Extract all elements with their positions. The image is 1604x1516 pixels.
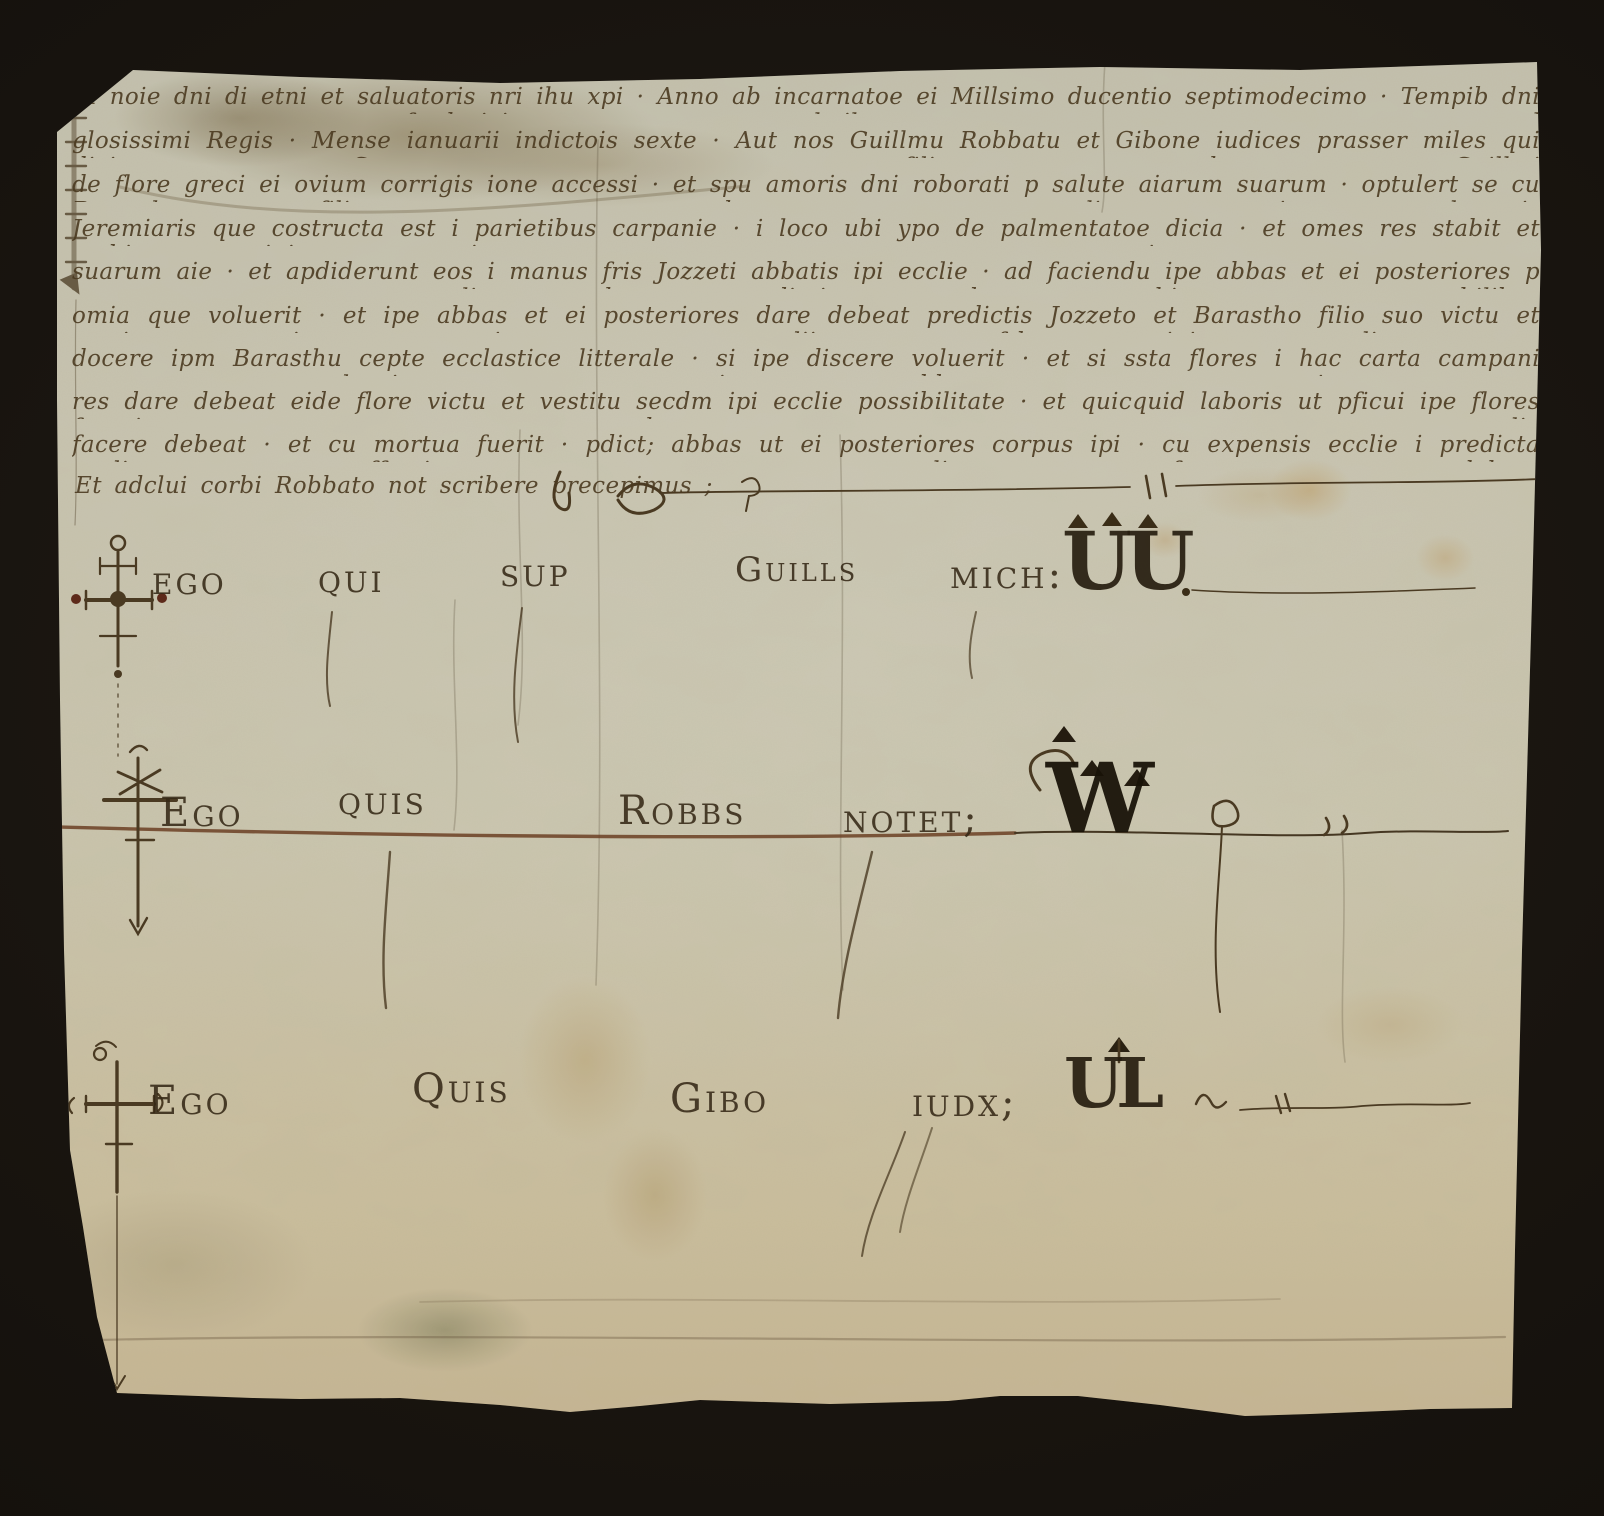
signature-word: Gibo	[670, 1076, 769, 1122]
signature-word: Ego	[148, 1078, 232, 1124]
signature-cross-2-icon	[104, 746, 176, 934]
signature-row-2-line	[60, 827, 1508, 837]
charter-text-line: Jeremiaris que costructa est i parietibu…	[72, 216, 1540, 246]
signature-word: sup	[500, 550, 571, 596]
signature-word: iudx;	[912, 1080, 1018, 1126]
signature-word: Robbs	[618, 788, 746, 834]
charter-text-line: glosissimi Regis · Mense ianuarii indict…	[72, 128, 1540, 158]
signature-word: Quis	[412, 1066, 511, 1112]
signature-word: qui	[318, 556, 385, 602]
notary-monogram: UU	[1062, 514, 1188, 608]
crease-lines	[95, 62, 1505, 1340]
charter-text-line: de flore greci ei ovium corrigis ione ac…	[72, 172, 1540, 202]
signature-word: Guills	[735, 550, 858, 590]
signature-row-1-flourishes	[327, 512, 1475, 742]
notary-monogram: W	[1046, 742, 1147, 855]
charter-text-line: docere ipm Barasthu cepte ecclastice lit…	[72, 346, 1540, 376]
signature-word: Ego	[160, 790, 244, 836]
charter-text-line: omia que voluerit · et ipe abbas et ei p…	[72, 303, 1540, 333]
charter-text-line: facere debeat · et cu mortua fuerit · pd…	[72, 432, 1540, 462]
parchment-sheet: In noie dni di etni et saluatoris nri ih…	[0, 0, 1604, 1516]
signature-row-2-flourishes	[383, 726, 1347, 1018]
photograph-background: In noie dni di etni et saluatoris nri ih…	[0, 0, 1604, 1516]
signature-row-3-flourishes	[862, 1037, 1470, 1256]
charter-closing-line: Et adclui corbi Robbato not scribere pre…	[75, 473, 713, 499]
charter-text-line: suarum aie · et apdiderunt eos i manus f…	[72, 259, 1540, 289]
charter-text-line: res dare debeat eide flore victu et vest…	[72, 389, 1540, 419]
signature-word: notet;	[843, 796, 980, 842]
signature-word: quis	[338, 778, 427, 824]
signature-word: mich:	[950, 552, 1064, 598]
notary-monogram: UL	[1064, 1044, 1157, 1124]
charter-text-line: In noie dni di etni et saluatoris nri ih…	[72, 84, 1540, 114]
signature-word: ego	[152, 558, 227, 604]
